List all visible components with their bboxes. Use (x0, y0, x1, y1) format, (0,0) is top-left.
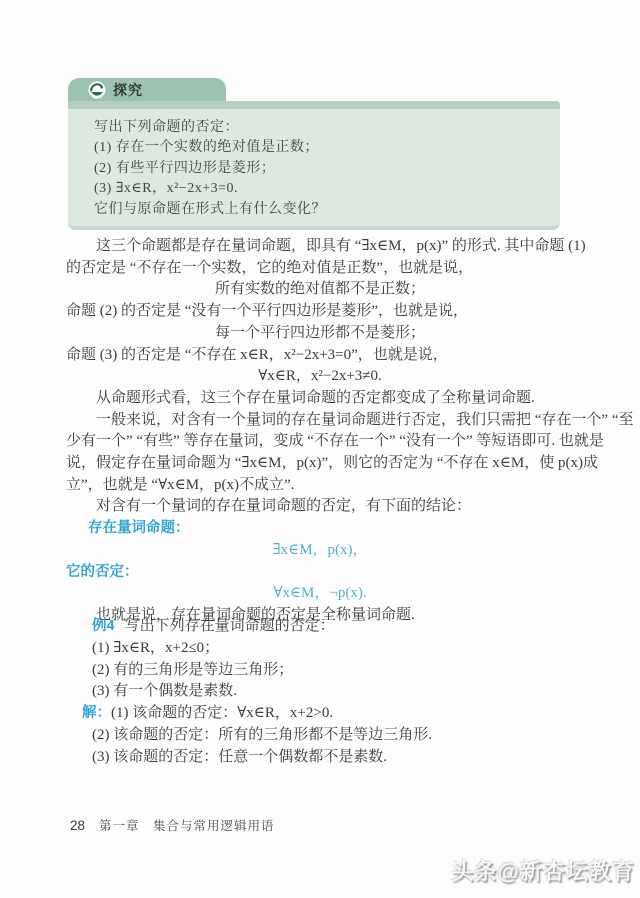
negation-heading: 它的否定： (66, 562, 574, 584)
paragraph-line: 少有一个” “有些” 等存在量词，变成 “不存在一个” “没有一个” 等短语即可… (66, 431, 574, 453)
solution-text: (1) 该命题的否定：∀x∈R，x+2>0. (111, 705, 333, 721)
watermark-text: 头条@新杏坛教育 (452, 855, 635, 886)
explore-line: 它们与原命题在形式上有什么变化？ (94, 200, 536, 220)
explore-tab: 探究 (68, 78, 226, 101)
paragraph-line: 命题 (3) 的否定是 “不存在 x∈R，x²−2x+3=0”，也就是说， (66, 345, 574, 367)
centered-statement: 所有实数的绝对值都不是正数； (66, 279, 574, 301)
solution-line: (3) 该命题的否定：任意一个偶数都不是素数. (66, 747, 574, 769)
paragraph-line: 从命题形式看，这三个存在量词命题的否定都变成了全称量词命题. (66, 388, 574, 410)
exist-proposition-heading: 存在量词命题： (66, 518, 574, 540)
centered-statement: 每一个平行四边形都不是菱形； (66, 323, 574, 345)
paragraph-line: 对含有一个量词的存在量词命题的否定，有下面的结论： (66, 496, 574, 518)
example-item: (1) ∃x∈R，x+2≤0； (66, 638, 574, 660)
negation-formula: ∀x∈M，¬p(x). (66, 583, 574, 605)
explore-box: 探究 写出下列命题的否定： (1) 存在一个实数的绝对值是正数； (2) 有些平… (68, 78, 560, 230)
paragraph-line: 命题 (2) 的否定是 “没有一个平行四边形是菱形”，也就是说， (66, 301, 574, 323)
explore-line: (3) ∃x∈R，x²−2x+3=0. (94, 179, 536, 199)
paragraph-line: 的否定是 “不存在一个实数，它的绝对值是正数”，也就是说， (66, 258, 574, 280)
explore-line: (2) 有些平行四边形是菱形； (94, 159, 536, 179)
explore-line: 写出下列命题的否定： (94, 118, 536, 138)
paragraph-line: 说，假定存在量词命题为 “∃x∈M，p(x)”，则它的否定为 “不存在 x∈M，… (66, 453, 574, 475)
solution-line: 解：(1) 该命题的否定：∀x∈R，x+2>0. (66, 703, 574, 725)
example-item: (2) 有的三角形是等边三角形； (66, 660, 574, 682)
chapter-title: 第一章 集合与常用逻辑用语 (99, 816, 275, 834)
solution-label: 解： (82, 705, 111, 721)
paragraph-line: 立”，也就是 “∀x∈M，p(x)不成立”. (66, 475, 574, 497)
solution-line: (2) 该命题的否定：所有的三角形都不是等边三角形. (66, 725, 574, 747)
exist-proposition-formula: ∃x∈M，p(x)， (66, 540, 574, 562)
paragraph-line: 这三个命题都是存在量词命题，即具有 “∃x∈M，p(x)” 的形式. 其中命题 … (66, 236, 574, 258)
paragraph-line: 一般来说，对含有一个量词的存在量词命题进行否定，我们只需把 “存在一个” “至 (66, 410, 574, 432)
example-label: 例4 (92, 618, 115, 634)
explore-magnifier-icon (88, 81, 106, 99)
explore-tab-label: 探究 (113, 80, 143, 100)
page-footer: 28 第一章 集合与常用逻辑用语 (70, 816, 275, 834)
example-item: (3) 有一个偶数是素数. (66, 681, 574, 703)
page-number: 28 (70, 818, 85, 833)
explore-box-body: 写出下列命题的否定： (1) 存在一个实数的绝对值是正数； (2) 有些平行四边… (68, 101, 560, 230)
example-title-line: 例4写出下列存在量词命题的否定： (66, 616, 574, 638)
explore-line: (1) 存在一个实数的绝对值是正数； (94, 138, 536, 158)
centered-formula: ∀x∈R，x²−2x+3≠0. (66, 366, 574, 388)
body-text: 这三个命题都是存在量词命题，即具有 “∃x∈M，p(x)” 的形式. 其中命题 … (66, 236, 574, 627)
textbook-page: 探究 写出下列命题的否定： (1) 存在一个实数的绝对值是正数； (2) 有些平… (0, 0, 640, 898)
example-title: 写出下列存在量词命题的否定： (125, 618, 335, 634)
example-4-block: 例4写出下列存在量词命题的否定： (1) ∃x∈R，x+2≤0； (2) 有的三… (66, 616, 574, 769)
